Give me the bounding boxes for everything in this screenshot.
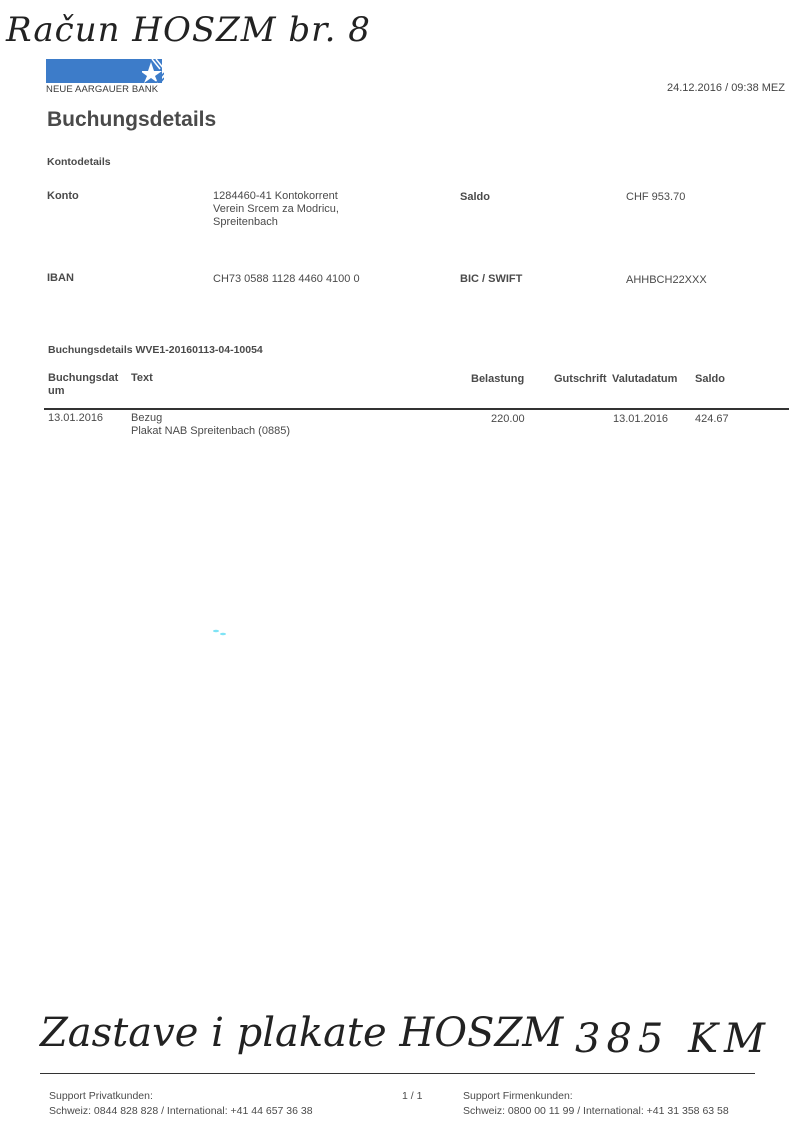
star-stripes-logo-icon [142,59,164,83]
page-title: Buchungsdetails [47,108,216,132]
column-header-gutschrift: Gutschrift [554,373,607,386]
handwritten-description: Zastave i plakate HOSZM [40,1010,563,1056]
handwritten-underline [40,1073,755,1074]
scan-artifact [213,629,227,636]
column-header-buchungsdatum: Buchungsdat um [48,372,118,398]
footer-business-label: Support Firmenkunden: [463,1089,729,1104]
table-header-divider [44,408,789,410]
iban-value: CH73 0588 1128 4460 4100 0 [213,273,360,286]
footer-business-contacts: Schweiz: 0800 00 11 99 / International: … [463,1104,729,1119]
booking-details-heading: Buchungsdetails WVE1-20160113-04-10054 [48,344,263,356]
row-valutadatum: 13.01.2016 [613,413,668,426]
column-header-saldo: Saldo [695,373,725,386]
print-timestamp: 24.12.2016 / 09:38 MEZ [667,82,785,94]
row-belastung: 220.00 [491,413,525,426]
column-header-valutadatum: Valutadatum [612,373,677,386]
saldo-label: Saldo [460,191,490,203]
column-header-buchungsdatum-line1: Buchungsdat [48,372,118,385]
konto-value: 1284460-41 Kontokorrent Verein Srcem za … [213,190,339,229]
row-text-type: Bezug [131,412,290,425]
footer-business-support: Support Firmenkunden: Schweiz: 0800 00 1… [463,1089,729,1119]
konto-account-number: 1284460-41 Kontokorrent [213,190,339,203]
handwritten-amount: 385 KM [575,1016,771,1062]
iban-label: IBAN [47,272,74,284]
row-saldo: 424.67 [695,413,729,426]
row-buchungsdatum: 13.01.2016 [48,412,103,425]
bic-value: AHHBCH22XXX [626,274,707,287]
bic-label: BIC / SWIFT [460,273,522,285]
column-header-belastung: Belastung [471,373,524,386]
account-details-heading: Kontodetails [47,156,111,168]
saldo-value: CHF 953.70 [626,191,685,204]
konto-label: Konto [47,190,79,202]
footer-private-label: Support Privatkunden: [49,1089,313,1104]
bank-name: NEUE AARGAUER BANK [46,84,158,95]
footer-private-contacts: Schweiz: 0844 828 828 / International: +… [49,1104,313,1119]
column-header-text: Text [131,372,153,385]
bank-logo: NEUE AARGAUER BANK [46,59,166,95]
column-header-buchungsdatum-line2: um [48,385,118,398]
handwritten-invoice-note: Račun HOSZM br. 8 [6,10,371,50]
konto-holder: Verein Srcem za Modricu, [213,203,339,216]
konto-location: Spreitenbach [213,216,339,229]
page-indicator: 1 / 1 [402,1089,422,1104]
row-text-description: Plakat NAB Spreitenbach (0885) [131,425,290,438]
row-text: Bezug Plakat NAB Spreitenbach (0885) [131,412,290,438]
footer-private-support: Support Privatkunden: Schweiz: 0844 828 … [49,1089,313,1119]
